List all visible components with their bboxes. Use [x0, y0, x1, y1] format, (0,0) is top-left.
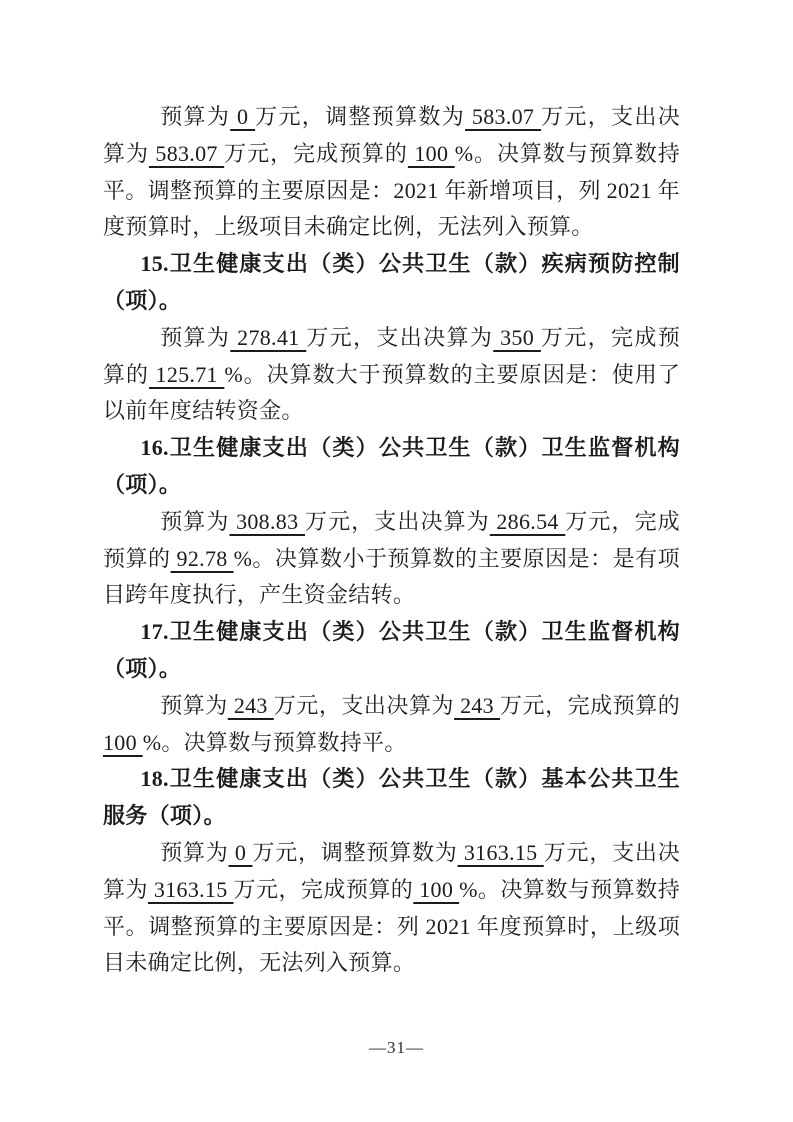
item-16-body: 预算为 308.83 万元，支出决算为 286.54 万元，完成预算的 92.7… [103, 504, 680, 614]
document-body: 预算为 0 万元，调整预算数为 583.07 万元，支出决算为 583.07 万… [103, 99, 680, 982]
item-16-heading: 16.卫生健康支出（类）公共卫生（款）卫生监督机构（项）。 [103, 430, 680, 504]
underlined-value: 278.41 [230, 325, 306, 350]
text-run: 16.卫生健康支出（类）公共卫生（款）卫生监督机构（项）。 [103, 435, 680, 497]
text-run: 17.卫生健康支出（类）公共卫生（款）卫生监督机构（项）。 [103, 619, 680, 681]
paragraph-continuation-item14: 预算为 0 万元，调整预算数为 583.07 万元，支出决算为 583.07 万… [103, 99, 680, 246]
document-page: 预算为 0 万元，调整预算数为 583.07 万元，支出决算为 583.07 万… [0, 0, 793, 1122]
underlined-value: 350 [493, 325, 541, 350]
text-run: 预算为 [160, 840, 228, 865]
text-run: 万元，调整预算数为 [252, 840, 457, 865]
underlined-value: 286.54 [490, 509, 566, 534]
text-run: 万元，支出决算为 [306, 325, 493, 350]
text-run: 万元，支出决算为 [274, 693, 454, 718]
text-run: 万元，调整预算数为 [255, 104, 465, 129]
text-run: 预算为 [160, 104, 230, 129]
item-18-body: 预算为 0 万元，调整预算数为 3163.15 万元，支出决算为 3163.15… [103, 835, 680, 982]
item-18-heading: 18.卫生健康支出（类）公共卫生（款）基本公共卫生服务（项）。 [103, 761, 680, 835]
item-15-heading: 15.卫生健康支出（类）公共卫生（款）疾病预防控制（项）。 [103, 246, 680, 320]
underlined-value: 583.07 [149, 141, 224, 166]
item-15-body: 预算为 278.41 万元，支出决算为 350 万元，完成预算的 125.71 … [103, 320, 680, 430]
text-run: 18.卫生健康支出（类）公共卫生（款）基本公共卫生服务（项）。 [103, 766, 680, 828]
text-run: 预算为 [160, 509, 229, 534]
text-run: 万元，完成预算的 [234, 877, 414, 902]
underlined-value: 0 [229, 840, 253, 865]
underlined-value: 100 [408, 141, 455, 166]
text-run: %。决算数与预算数持平。 [143, 730, 407, 755]
item-17-heading: 17.卫生健康支出（类）公共卫生（款）卫生监督机构（项）。 [103, 614, 680, 688]
underlined-value: 0 [230, 104, 255, 129]
text-run: 万元，完成预算的 [500, 693, 680, 718]
text-run: 预算为 [160, 325, 230, 350]
underlined-value: 308.83 [229, 509, 305, 534]
page-footer: —31— [0, 1038, 793, 1058]
underlined-value: 243 [228, 693, 274, 718]
text-run: 万元，支出决算为 [305, 509, 490, 534]
underlined-value: 583.07 [465, 104, 541, 129]
underlined-value: 125.71 [149, 362, 224, 387]
underlined-value: 100 [413, 877, 459, 902]
text-run: 预算为 [160, 693, 228, 718]
text-run: 万元，完成预算的 [224, 141, 408, 166]
underlined-value: 92.78 [171, 546, 234, 571]
text-run: 15.卫生健康支出（类）公共卫生（款）疾病预防控制（项）。 [103, 251, 680, 313]
underlined-value: 3163.15 [458, 840, 544, 865]
page-number: —31— [369, 1038, 424, 1057]
underlined-value: 243 [454, 693, 500, 718]
underlined-value: 3163.15 [148, 877, 234, 902]
item-17-body: 预算为 243 万元，支出决算为 243 万元，完成预算的 100 %。决算数与… [103, 688, 680, 762]
underlined-value: 100 [103, 730, 143, 755]
